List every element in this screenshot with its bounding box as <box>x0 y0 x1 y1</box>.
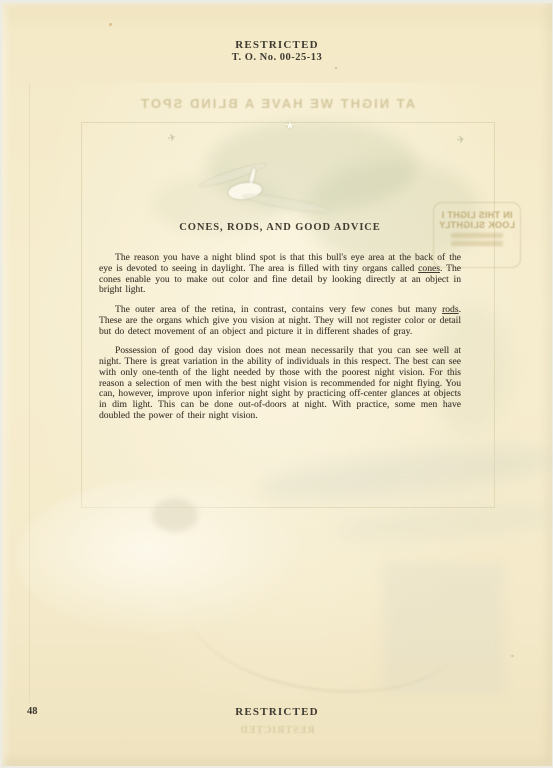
underlined-term-rods: rods <box>442 304 459 315</box>
paragraph-cones: The reason you have a night blind spot i… <box>99 253 461 296</box>
header-technical-order-number: T. O. No. 00-25-13 <box>2 52 552 63</box>
paper-speck <box>511 655 514 657</box>
page-fold-line <box>29 83 30 703</box>
underlined-term-cones: cones <box>418 263 440 274</box>
document-header: RESTRICTED T. O. No. 00-25-13 <box>2 39 552 63</box>
bleedthrough-caption: AT NIGHT WE HAVE A BLIND SPOT <box>62 96 492 111</box>
paragraph-rods: The outer area of the retina, in contras… <box>99 305 461 337</box>
footer-classification: RESTRICTED <box>2 706 552 718</box>
ghost-airplane-icon: ✈ <box>456 134 466 146</box>
document-body: CONES, RODS, AND GOOD ADVICE The reason … <box>99 222 461 431</box>
paper-speck <box>335 67 337 69</box>
scanned-document-page: AT NIGHT WE HAVE A BLIND SPOT ★ ✈ ✈ IN T… <box>0 0 553 768</box>
header-classification: RESTRICTED <box>2 39 552 51</box>
paragraph-rods-text: The outer area of the retina, in contras… <box>115 304 442 315</box>
ghost-star-icon: ★ <box>285 119 295 132</box>
paragraph-cones-text: The reason you have a night blind spot i… <box>99 252 461 274</box>
ghost-cockpit-shape <box>152 498 198 532</box>
document-footer: 48 RESTRICTED <box>2 706 552 718</box>
paper-speck <box>109 23 112 26</box>
bleedthrough-footer-classification: RESTRICTED <box>2 725 552 736</box>
paper-sheet: AT NIGHT WE HAVE A BLIND SPOT ★ ✈ ✈ IN T… <box>2 3 552 766</box>
bleedthrough-note-line1: IN THIS LIGHT I <box>434 210 520 220</box>
paragraph-night-vision-advice: Possession of good day vision does not m… <box>99 346 461 421</box>
page-title: CONES, RODS, AND GOOD ADVICE <box>99 222 461 233</box>
page-number: 48 <box>27 706 38 717</box>
